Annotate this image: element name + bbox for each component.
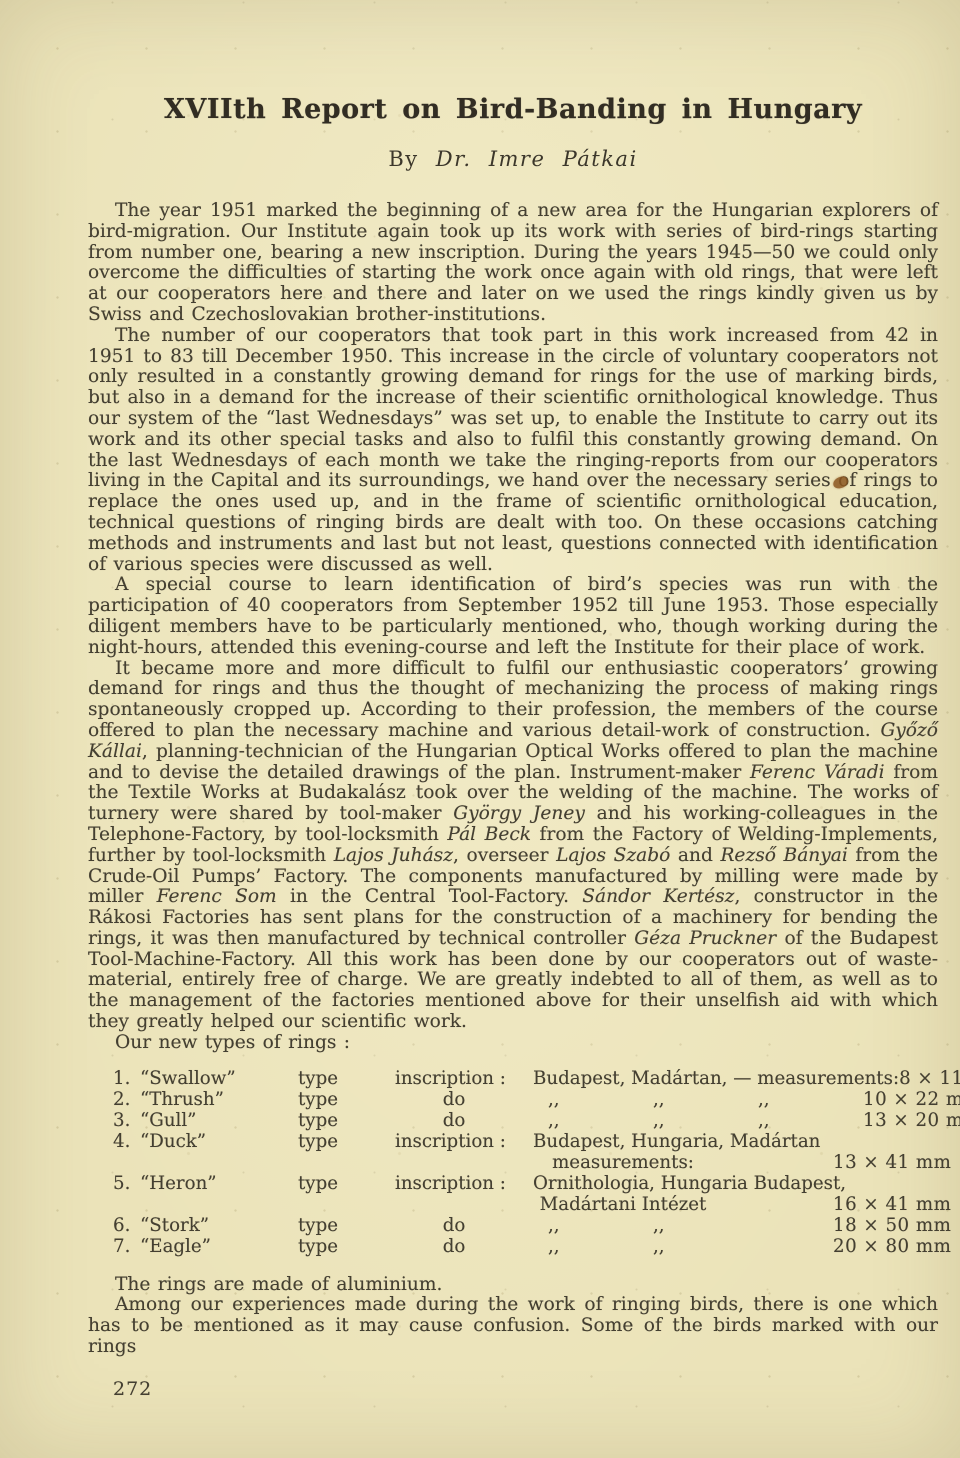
- ring-row-stork: 6. “Stork” type do ,, ,, 18 × 50 mm: [88, 1215, 938, 1236]
- ring-row-heron-continued: Madártani Intézet 16 × 41 mm: [88, 1194, 938, 1215]
- ring-type: type: [298, 1131, 395, 1152]
- ring-number: 7.: [113, 1236, 140, 1257]
- text-segment: Lajos Juhász: [334, 845, 453, 866]
- ring-type: type: [298, 1068, 395, 1089]
- ring-ditto-marks: ,, ,,: [533, 1215, 833, 1236]
- ring-size: 8 × 11 mm: [899, 1068, 960, 1089]
- ring-size: 16 × 41 mm: [833, 1194, 938, 1215]
- ring-name: “Heron”: [140, 1173, 298, 1194]
- ring-row-duck-continued: measurements: 13 × 41 mm: [88, 1152, 938, 1173]
- ring-type: type: [298, 1215, 395, 1236]
- ditto-mark: ,,: [653, 1215, 758, 1236]
- text-segment: , overseer: [453, 845, 556, 866]
- text-segment: and: [670, 845, 720, 866]
- byline: By Dr. Imre Pátkai: [88, 147, 938, 171]
- ditto-mark: ,,: [548, 1089, 653, 1110]
- text-segment: Ferenc Som: [157, 886, 277, 907]
- ring-name: “Thrush”: [140, 1089, 298, 1110]
- ring-inscription-label: inscription :: [395, 1068, 533, 1089]
- page-number: 272: [88, 1378, 938, 1400]
- ring-type: type: [298, 1173, 395, 1194]
- paragraph: The year 1951 marked the beginning of a …: [88, 201, 938, 326]
- ring-row-thrush: 2. “Thrush” type do ,, ,, ,, 10 × 22 mm: [88, 1089, 938, 1110]
- ring-ditto-marks: ,, ,, ,,: [533, 1089, 863, 1110]
- ring-size: 10 × 22 mm: [863, 1089, 960, 1110]
- byline-prefix: By: [388, 147, 418, 171]
- paragraph: The rings are made of aluminium.: [88, 1275, 938, 1296]
- ring-number: 2.: [113, 1089, 140, 1110]
- ring-type: type: [298, 1089, 395, 1110]
- ditto-mark: ,,: [653, 1110, 758, 1131]
- ditto-mark: ,,: [548, 1110, 653, 1131]
- text-segment: The rings are made of aluminium.: [115, 1274, 442, 1295]
- ring-row-heron: 5. “Heron” type inscription : Ornitholog…: [88, 1173, 938, 1194]
- text-segment: The year 1951 marked the beginning of a …: [88, 200, 938, 325]
- ring-size: 20 × 80 mm: [833, 1236, 938, 1257]
- ring-inscription-line2: Madártani Intézet: [533, 1194, 833, 1215]
- paragraph: The number of our cooperators that took …: [88, 326, 938, 576]
- ring-size: 18 × 50 mm: [833, 1215, 938, 1236]
- ring-inscription-label: do: [395, 1236, 533, 1257]
- ring-number: 3.: [113, 1110, 140, 1131]
- text-segment: The number of our cooperators that took …: [88, 325, 938, 575]
- paragraph: Among our experiences made during the wo…: [88, 1295, 938, 1357]
- ring-name: “Stork”: [140, 1215, 298, 1236]
- ditto-mark: ,,: [548, 1236, 653, 1257]
- paragraph: A special course to learn identification…: [88, 575, 938, 658]
- ring-row-swallow: 1. “Swallow” type inscription : Budapest…: [88, 1068, 938, 1089]
- ring-row-gull: 3. “Gull” type do ,, ,, ,, 13 × 20 mm: [88, 1110, 938, 1131]
- ring-inscription: Budapest, Hungaria, Madártan: [533, 1131, 833, 1152]
- ring-number: 4.: [113, 1131, 140, 1152]
- ring-name: “Gull”: [140, 1110, 298, 1131]
- ring-inscription-label: inscription :: [395, 1131, 533, 1152]
- text-segment: Ferenc Váradi: [750, 762, 885, 783]
- ring-inscription-label: do: [395, 1089, 533, 1110]
- ring-name: “Swallow”: [140, 1068, 298, 1089]
- ring-type: type: [298, 1236, 395, 1257]
- ring-number: 6.: [113, 1215, 140, 1236]
- ring-name: “Duck”: [140, 1131, 298, 1152]
- body-text: The year 1951 marked the beginning of a …: [88, 201, 938, 1033]
- ring-number: 5.: [113, 1173, 140, 1194]
- scanned-page: XVIIth Report on Bird-Banding in Hungary…: [0, 0, 960, 1458]
- text-segment: György Jeney: [453, 803, 585, 824]
- ring-size: 13 × 41 mm: [833, 1152, 938, 1173]
- ring-inscription-label: do: [395, 1215, 533, 1236]
- closing-text: The rings are made of aluminium.Among ou…: [88, 1275, 938, 1358]
- ditto-mark: ,,: [758, 1110, 863, 1131]
- ring-inscription: Budapest, Madártan, — measurements:: [533, 1068, 899, 1089]
- ring-inscription-label: do: [395, 1110, 533, 1131]
- ditto-mark: ,,: [653, 1236, 758, 1257]
- ring-measurements-label: measurements:: [533, 1152, 833, 1173]
- text-segment: Géza Pruckner: [634, 928, 776, 949]
- ditto-mark: ,,: [653, 1089, 758, 1110]
- text-segment: It became more and more difficult to ful…: [88, 658, 938, 741]
- text-segment: Lajos Szabó: [556, 845, 670, 866]
- page-title: XVIIth Report on Bird-Banding in Hungary: [88, 94, 938, 125]
- byline-author: Dr. Imre Pátkai: [436, 147, 638, 171]
- ditto-mark: ,,: [758, 1089, 863, 1110]
- text-segment: Sándor Kertész: [582, 886, 734, 907]
- ditto-mark: ,,: [548, 1215, 653, 1236]
- ring-row-eagle: 7. “Eagle” type do ,, ,, 20 × 80 mm: [88, 1236, 938, 1257]
- ring-row-duck: 4. “Duck” type inscription : Budapest, H…: [88, 1131, 938, 1152]
- ring-inscription: Ornithologia, Hungaria Budapest,: [533, 1173, 846, 1194]
- paragraph: It became more and more difficult to ful…: [88, 659, 938, 1033]
- ring-number: 1.: [113, 1068, 140, 1089]
- text-segment: Rezső Bányai: [720, 845, 847, 866]
- rings-intro: Our new types of rings :: [88, 1033, 938, 1054]
- ring-type: type: [298, 1110, 395, 1131]
- text-segment: in the Central Tool-Factory.: [277, 886, 583, 907]
- ring-ditto-marks: ,, ,,: [533, 1236, 833, 1257]
- text-segment: Among our experiences made during the wo…: [88, 1294, 938, 1357]
- ring-name: “Eagle”: [140, 1236, 298, 1257]
- ring-ditto-marks: ,, ,, ,,: [533, 1110, 863, 1131]
- ring-list: 1. “Swallow” type inscription : Budapest…: [88, 1068, 938, 1257]
- ring-size: 13 × 20 mm: [863, 1110, 960, 1131]
- ring-inscription-label: inscription :: [395, 1173, 533, 1194]
- text-segment: A special course to learn identification…: [88, 574, 938, 657]
- text-segment: Pál Beck: [447, 824, 531, 845]
